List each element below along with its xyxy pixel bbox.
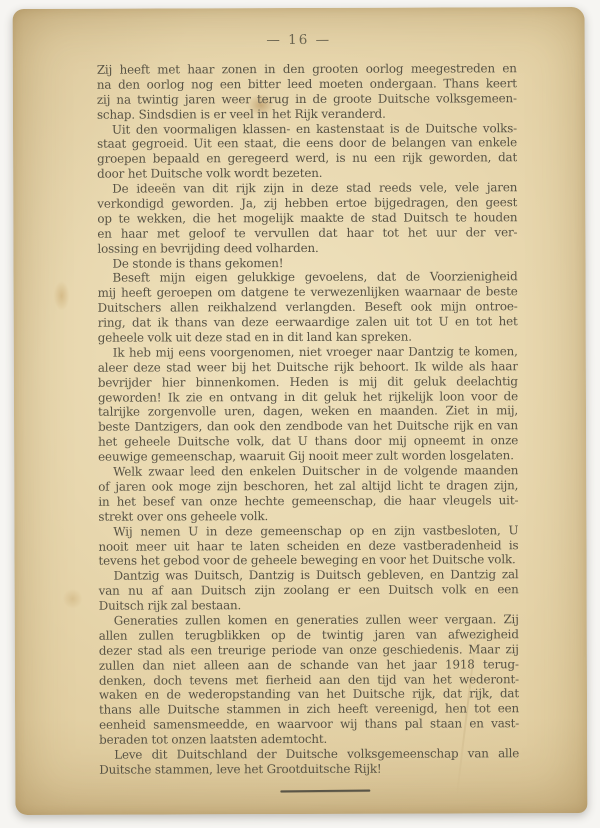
text-line: en haar met geloof te vervullen dat haar… xyxy=(97,225,517,241)
text-line: ring, dat ik thans van deze eerwaardige … xyxy=(98,314,518,330)
text-line: waken en de wederopstanding van het Duit… xyxy=(99,687,519,703)
text-line: Zij heeft met haar zonen in den grooten … xyxy=(97,61,517,77)
text-line: Welk zwaar leed den enkelen Duitscher in… xyxy=(98,463,518,479)
text-line: De stonde is thans gekomen! xyxy=(97,255,517,271)
text-line: thans alle Duitsche stammen in zich heef… xyxy=(99,702,519,718)
text-line: Duitsch rijk zal bestaan. xyxy=(99,597,519,613)
text-line: talrijke zorgenvolle uren, dagen, weken … xyxy=(98,404,518,420)
text-line: lossing en bevrijding deed volharden. xyxy=(97,240,517,256)
text-line: Beseft mijn eigen gelukkige gevoelens, d… xyxy=(98,270,518,286)
text-line: zullen dan niet alleen aan de schande va… xyxy=(99,657,519,673)
text-line: Duitsche stammen, leve het Grootduitsche… xyxy=(99,761,519,777)
text-line: bevrijder hier binnenkomen. Heden is mij… xyxy=(98,374,518,390)
text-line: Generaties zullen komen en generaties zu… xyxy=(99,612,519,628)
text-line: Duitschers allen reikhalzend verlangden.… xyxy=(98,299,518,315)
text-line: tevens het gebod voor de geheele bewegin… xyxy=(98,553,518,569)
text-line: strekt over ons geheele volk. xyxy=(98,508,518,524)
text-line: De ideeën van dit rijk zijn in deze stad… xyxy=(97,180,517,196)
text-line: Ik heb mij eens voorgenomen, niet vroege… xyxy=(98,344,518,360)
text-line: schap. Sindsdien is er veel in het Rijk … xyxy=(97,106,517,122)
page-body: Zij heeft met haar zonen in den grooten … xyxy=(97,61,519,777)
text-line: op te wekken, die het mogelijk maakte de… xyxy=(97,210,517,226)
text-line: zij na twintig jaren weer terug in de gr… xyxy=(97,91,517,107)
text-line: het geheele Duitsche volk, dat U thans d… xyxy=(98,434,518,450)
text-line: beste Dantzigers, dan ook den zendbode v… xyxy=(98,419,518,435)
text-line: dezer stad als een treurige periode van … xyxy=(99,642,519,658)
text-line: groepen bepaald en geregeerd werd, is nu… xyxy=(97,151,517,167)
text-line: Uit den voormaligen klassen- en kastenst… xyxy=(97,121,517,137)
text-line: door het Duitsche volk wordt bezeten. xyxy=(97,165,517,181)
text-line: in het besef van onze hechte gemeenschap… xyxy=(98,493,518,509)
text-line: mij heeft geroepen om datgene te verweze… xyxy=(98,285,518,301)
text-line: geworden! Ik zie en ontvang in dit geluk… xyxy=(98,389,518,405)
text-line: van nu af aan Duitsch zijn zoolang er ee… xyxy=(99,582,519,598)
text-line: verkondigd geworden. Ja, zij hebben erto… xyxy=(97,195,517,211)
text-line: staat gegroeid. Uit een staat, die eens … xyxy=(97,136,517,152)
text-line: eenheid samensmeedde, en waarvoor wij th… xyxy=(99,716,519,732)
text-line: Dantzig was Duitsch, Dantzig is Duitsch … xyxy=(99,568,519,584)
text-line: Leve dit Duitschland der Duitsche volksg… xyxy=(99,746,519,762)
text-line: of jaren ook moge zijn beschoren, het za… xyxy=(98,478,518,494)
scanned-document-page: — 16 — Zij heeft met haar zonen in den g… xyxy=(13,7,588,815)
page-number-header: — 16 — xyxy=(13,32,585,49)
text-line: nooit meer uit haar te laten scheiden en… xyxy=(98,538,518,554)
text-line: Wij nemen U in deze gemeenschap op en zi… xyxy=(98,523,518,539)
paper-stain xyxy=(54,281,70,311)
text-line: beraden tot onzen laatsten ademtocht. xyxy=(99,731,519,747)
text-line: eeuwige gemeenschap, waaruit Gij nooit m… xyxy=(98,448,518,464)
text-line: aleer deze stad weer bij het Duitsche ri… xyxy=(98,359,518,375)
text-line: geheele volk uit deze stad en in dit lan… xyxy=(98,329,518,345)
text-line: denken, doch tevens met fierheid aan den… xyxy=(99,672,519,688)
text-line: allen zullen terugblikken op de twintig … xyxy=(99,627,519,643)
text-line: na den oorlog nog een bitter leed moeten… xyxy=(97,76,517,92)
end-of-text-rule xyxy=(280,789,370,792)
paper-stain xyxy=(63,589,83,609)
